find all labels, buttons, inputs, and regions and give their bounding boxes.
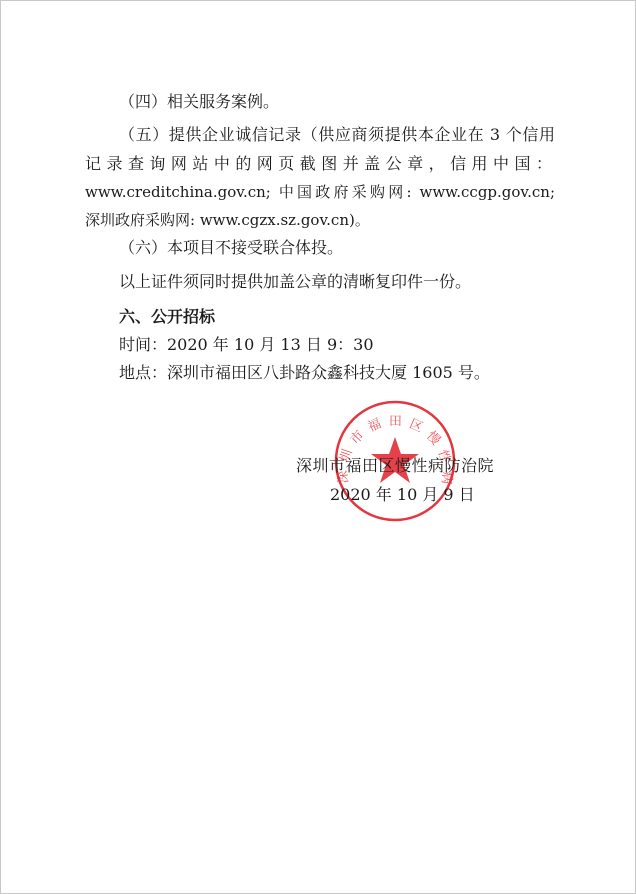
item-six: （六）本项目不接受联合体投。 xyxy=(119,238,343,258)
opening-place: 地点：深圳市福田区八卦路众鑫科技大厦 1605 号。 xyxy=(119,363,490,383)
opening-time: 时间：2020 年 10 月 13 日 9：30 xyxy=(119,335,374,355)
document-page: （四）相关服务案例。 （五）提供企业诚信记录（供应商须提供本企业在 3 个信用 … xyxy=(0,0,636,894)
item-five-line-2: 记录查询网站中的网页截图并盖公章，信用中国： xyxy=(85,154,555,174)
item-five-line-4: 深圳政府采购网: www.cgzx.sz.gov.cn)。 xyxy=(85,210,370,230)
signature-organization: 深圳市福田区慢性病防治院 xyxy=(296,456,494,476)
item-five-line-3: www.creditchina.gov.cn; 中国政府采购网: www.ccg… xyxy=(85,182,555,202)
item-five-line-1: （五）提供企业诚信记录（供应商须提供本企业在 3 个信用 xyxy=(119,125,555,145)
section-heading: 六、公开招标 xyxy=(119,307,215,327)
copies-note: 以上证件须同时提供加盖公章的清晰复印件一份。 xyxy=(119,272,471,292)
item-four: （四）相关服务案例。 xyxy=(119,92,279,112)
signature-date: 2020 年 10 月 9 日 xyxy=(330,485,475,505)
